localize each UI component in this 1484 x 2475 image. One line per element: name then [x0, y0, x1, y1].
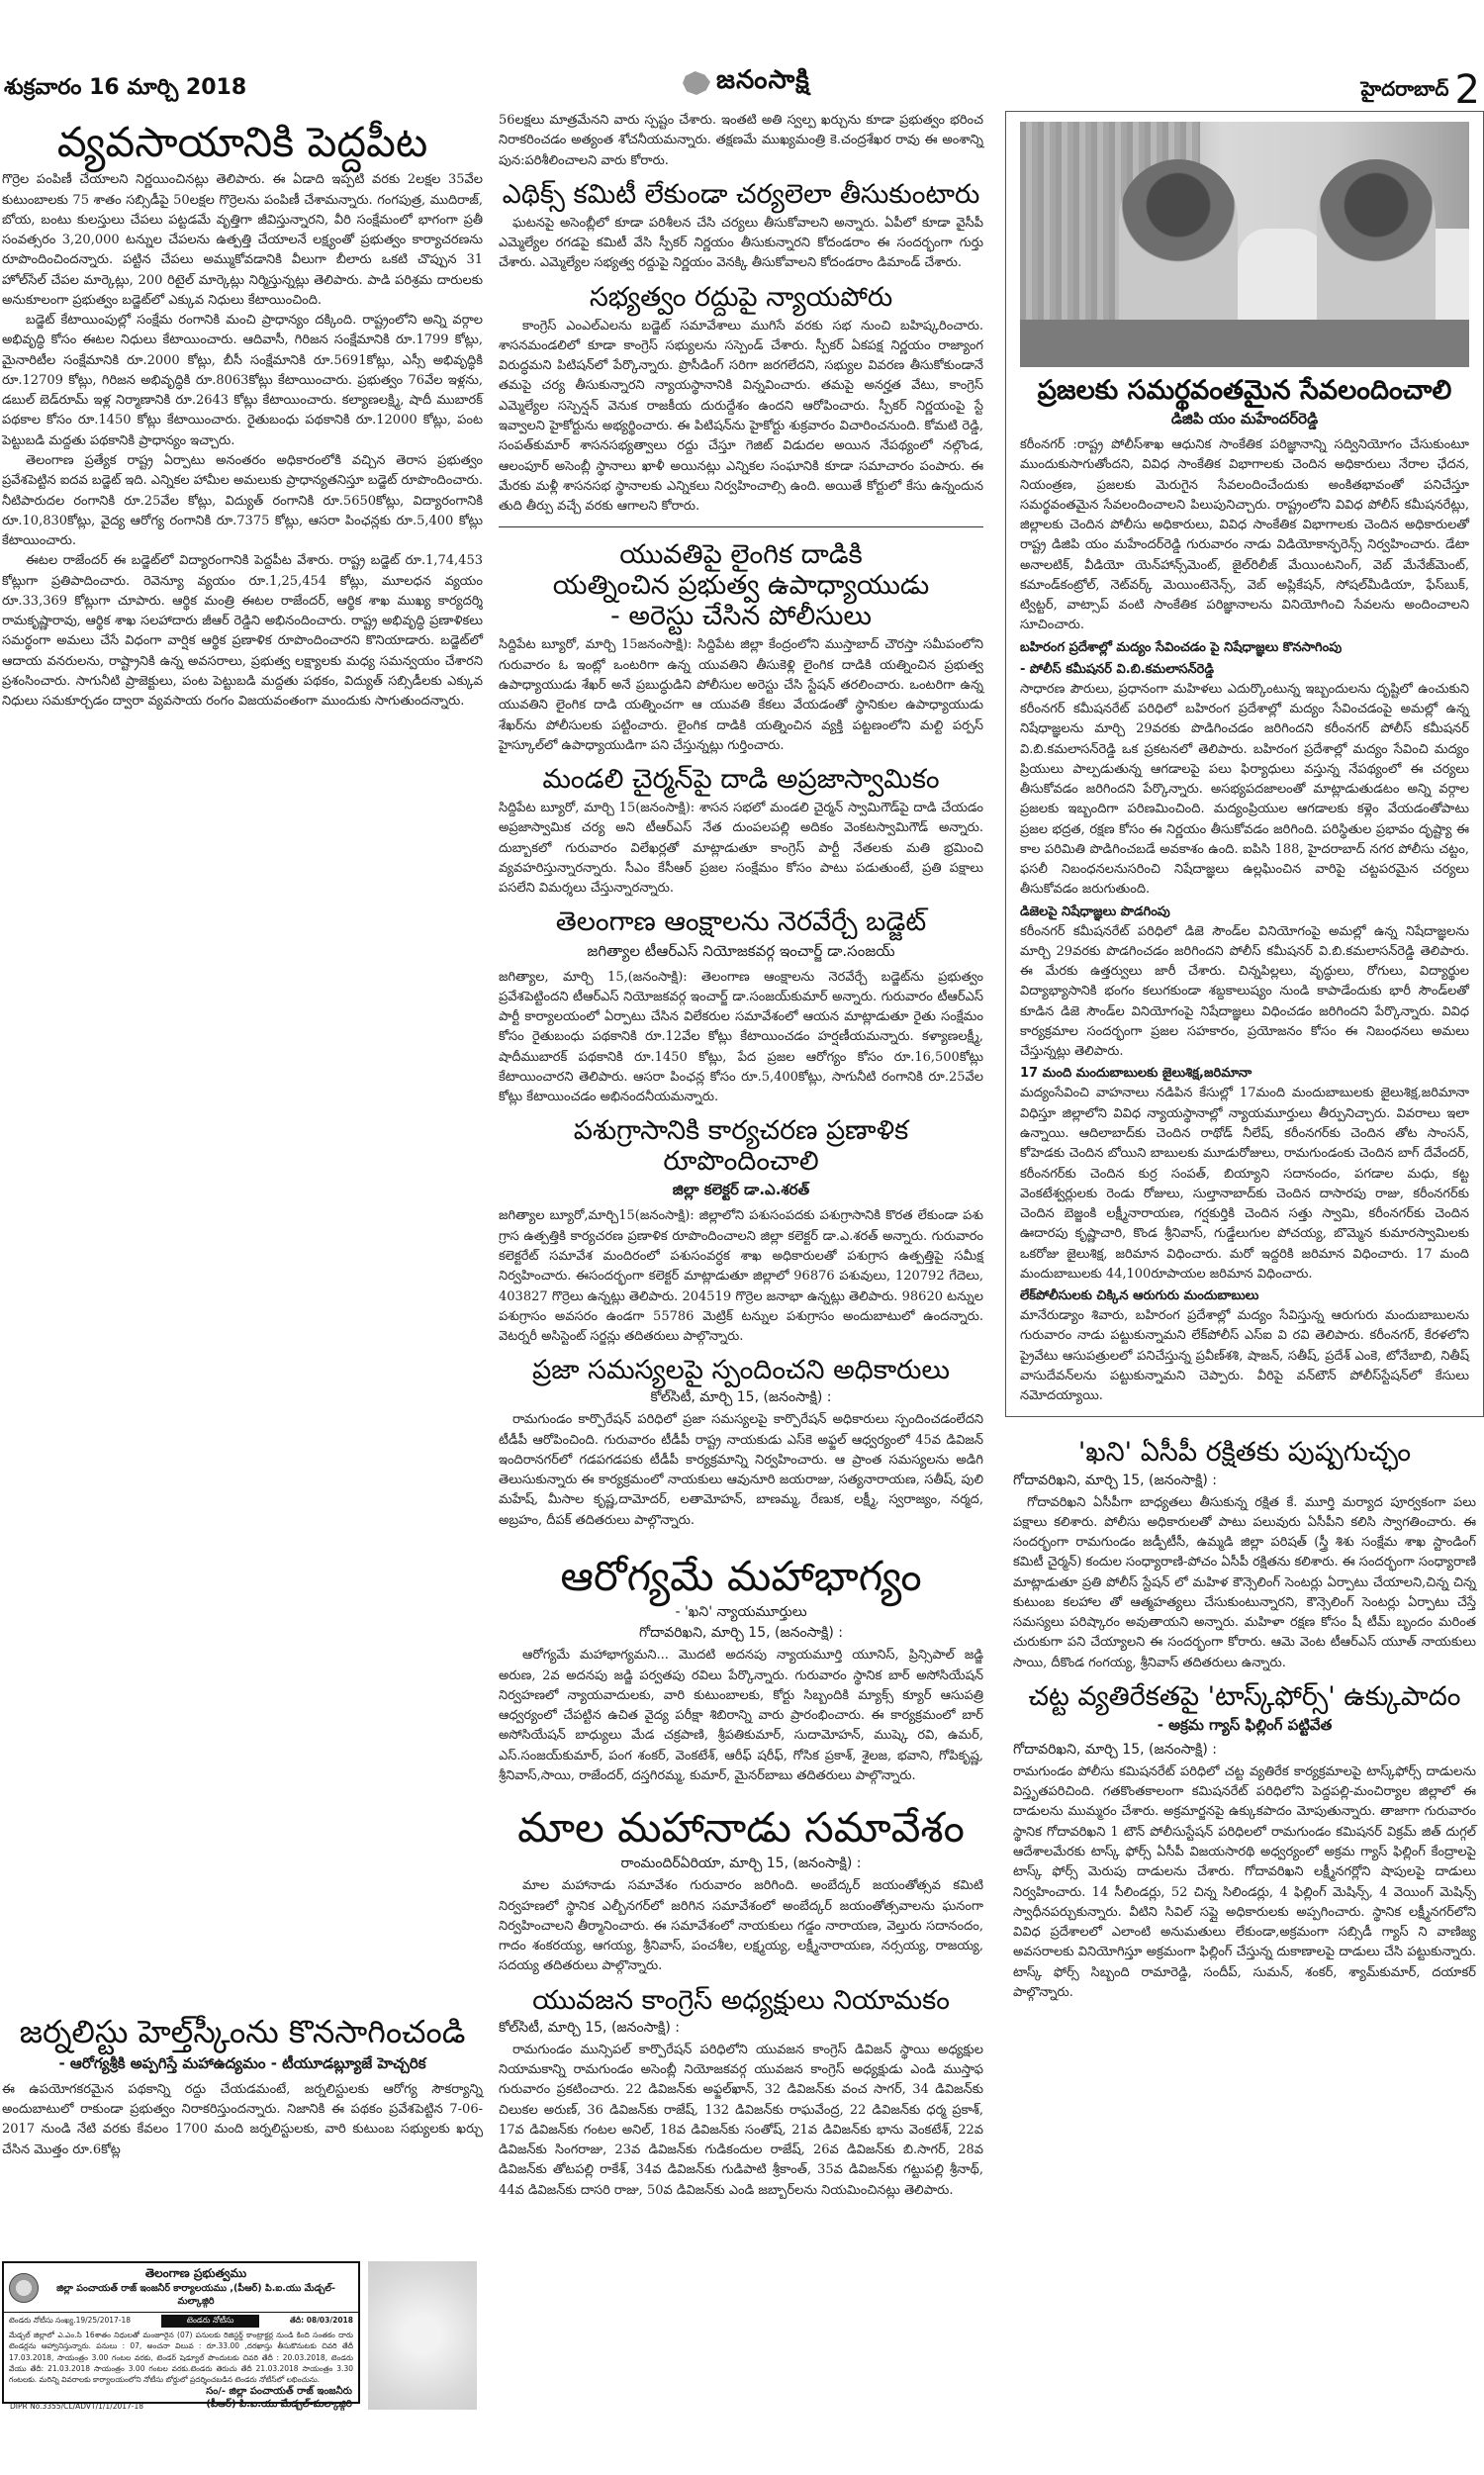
government-emblem-icon	[9, 2273, 39, 2303]
telangana-map-icon	[683, 71, 710, 95]
article-headline: ఎథిక్స్ కమిటీ లేకుండా చర్యలెలా తీసుకుంటా…	[499, 179, 983, 210]
middle-column: 56లక్షలు మాత్రమేనని వారు స్పష్టం చేశారు.…	[499, 111, 983, 2201]
article-headline-line: యత్నించిన ప్రభుత్వ ఉపాధ్యాయుడు	[499, 570, 983, 601]
article-headline: జర్నలిస్టు హెల్త్‌స్కీంను కొనసాగించండి	[2, 2014, 483, 2050]
ad-badge: టెండరు నోటీసు	[161, 2315, 260, 2328]
feature-body: కరీంనగర్ :రాష్ట్ర పోలీస్‌శాఖ ఆధునిక సాంక…	[1020, 435, 1469, 636]
article-health-is-wealth: ఆరోగ్యమే మహాభాగ్యం - 'ఖని' న్యాయమూర్తులు…	[499, 1553, 983, 1786]
section-label: డిజెలపై నిషేధాజ్ఞలు పొడగింపు	[1020, 904, 1469, 922]
article-body: సిద్దిపేట బ్యూరో, మార్చి 15(జనంసాక్షి): …	[499, 799, 983, 899]
article-headline: తెలంగాణ ఆంక్షాలను నెరవేర్చే బడ్జెట్	[499, 906, 983, 937]
article-headline: సభ్యత్వం రద్దుపై న్యాయపోరు	[499, 282, 983, 313]
article-council-chairman-attack: మండలి చైర్మన్‌పై దాడి అప్రజాస్వామికం సిద…	[499, 764, 983, 899]
article-body: జగిత్యాల, మార్చి 15,(జనంసాక్షి): తెలంగాణ…	[499, 968, 983, 1108]
article-task-force-raid: చట్ట వ్యతిరేకతపై 'టాస్క్‌ఫోర్స్' ఉక్కుపా…	[1005, 1681, 1484, 2003]
article-body: ఘటనపై అసెంబ్లీలో కూడా పరిశీలన చేసి చర్యల…	[499, 214, 983, 274]
article-subhead: - 'ఖని' న్యాయమూర్తులు	[499, 1604, 983, 1623]
article-headline: 'ఖని' ఏసీపీ రక్షితకు పుష్పగుచ్ఛం	[1013, 1437, 1476, 1468]
article-headline: వ్యవసాయానికి పెద్దపీట	[2, 119, 483, 166]
article-mala-mahanadu: మాల మహానాడు సమావేశం రాంమందిర్‌ఏరియా, మార…	[499, 1804, 983, 1977]
article-dateline: గోదావరిఖని, మార్చి 15, (జనంసాక్షి) :	[499, 1625, 983, 1644]
article-subhead: - ఆరోగ్యశ్రీకి అప్పగిస్తే మహాఉద్యమం - టీ…	[2, 2054, 483, 2076]
dgp-feature-box: ప్రజలకు సమర్థవంతమైన సేవలందించాలి డిజిపి …	[1005, 111, 1484, 1417]
ad-dipr-number: DIPR No.3355/CL/ADVT/1/1/2017-18	[10, 2402, 143, 2411]
article-paragraph: బడ్జెట్ కేటాయింపుల్లో సంక్షేమ రంగానికి మ…	[2, 311, 483, 451]
photo-desk	[1020, 320, 1469, 367]
article-body: సిద్దిపేట బ్యూరో, మార్చి 15జనంసాక్షి): స…	[499, 635, 983, 756]
article-subhead: జగిత్యాల టీఆర్‌ఎస్ నియోజకవర్గ ఇంచార్జ్ డ…	[499, 942, 983, 964]
left-column: వ్యవసాయానికి పెద్దపీట గొర్రెల పంపిణీ చేయ…	[2, 111, 483, 712]
section-body: కరీంనగర్ కమీషనరేట్ పరిధిలో డిజె సౌండ్‌ల …	[1020, 922, 1469, 1063]
article-paragraph: ఈటల రాజేందర్ ఈ బడ్జెట్‌లో విద్యారంగానికి…	[2, 551, 483, 712]
article-telangana-budget: తెలంగాణ ఆంక్షాలను నెరవేర్చే బడ్జెట్ జగిత…	[499, 906, 983, 1107]
edition-page-label: హైదరాబాద్2	[1360, 67, 1480, 113]
feature-subhead: డిజిపి యం మహేందర్‌రెడ్డి	[1020, 410, 1469, 431]
article-acp-welcome: 'ఖని' ఏసీపీ రక్షితకు పుష్పగుచ్ఛం గోదావరి…	[1005, 1437, 1484, 1672]
blank-ad-placeholder	[368, 2261, 477, 2410]
ad-signature-line: సం/- జిల్లా పంచాయత్ రాజ్ ఇంజనీరు	[206, 2385, 352, 2398]
article-dateline: రాంమందిర్‌ఏరియా, మార్చి 15, (జనంసాక్షి) …	[499, 1856, 983, 1874]
ad-signature-line: (పీఆర్) పి.ఐ.యు మేడ్చల్-మల్కాజ్గిరి	[206, 2398, 352, 2411]
article-body: రామగుండం పోలీసు కమిషనరేట్ పరిధిలో చట్ట వ…	[1013, 1762, 1476, 2003]
continued-text: 56లక్షలు మాత్రమేనని వారు స్పష్టం చేశారు.…	[499, 111, 983, 171]
ad-meta-row: టెండరు నోటీసు సంఖ్య.19/25/2017-18 టెండరు…	[4, 2313, 358, 2330]
article-subhead: - అక్రమ గ్యాస్ ఫిల్లింగ్ పట్టివేత	[1013, 1716, 1476, 1738]
article-membership-cancellation: సభ్యత్వం రద్దుపై న్యాయపోరు కాంగ్రెస్ ఎంఎ…	[499, 282, 983, 518]
article-headline-line: యువతిపై లైంగిక దాడికి	[499, 539, 983, 570]
article-fodder-plan: పశుగ్రాసానికి కార్యచరణ ప్రణాళిక రూపొందిం…	[499, 1115, 983, 1347]
article-headline: ఆరోగ్యమే మహాభాగ్యం	[499, 1553, 983, 1600]
article-body: రామగుండం మున్సిపల్ కార్పొరేషన్ పరిధిలోని…	[499, 2041, 983, 2201]
article-dateline: కోల్‌సిటీ, మార్చి 15, (జనంసాక్షి) :	[499, 2020, 983, 2039]
article-headline: పశుగ్రాసానికి కార్యచరణ ప్రణాళిక రూపొందిం…	[499, 1115, 983, 1177]
right-column: ప్రజలకు సమర్థవంతమైన సేవలందించాలి డిజిపి …	[1005, 111, 1484, 2003]
article-agriculture-budget: వ్యవసాయానికి పెద్దపీట గొర్రెల పంపిణీ చేయ…	[2, 119, 483, 712]
section-label: 17 మంది మందుబాబులకు జైలుశిక్ష,జరిమానా	[1020, 1066, 1469, 1084]
ad-body: మేడ్చల్ జిల్లాలో ఎ.ఎం.సి 16శాతం నిధులతో …	[4, 2330, 358, 2385]
tender-notice-ad: తెలంగాణ ప్రభుత్వము జిల్లా పంచాయత్ రాజ్ ఇ…	[2, 2261, 360, 2404]
article-ethics-committee: ఎథిక్స్ కమిటీ లేకుండా చర్యలెలా తీసుకుంటా…	[499, 179, 983, 274]
article-headline: మాల మహానాడు సమావేశం	[499, 1804, 983, 1852]
section-body: మద్యంసేవించి వాహనాలు నడిపిన కేసుల్లో 17మ…	[1020, 1084, 1469, 1285]
article-teacher-arrest: యువతిపై లైంగిక దాడికి యత్నించిన ప్రభుత్వ…	[499, 526, 983, 756]
article-body: కాంగ్రెస్ ఎంఎల్‌ఎలను బడ్జెట్ సమావేశాలు మ…	[499, 317, 983, 518]
article-unresponsive-officials: ప్రజా సమస్యలపై స్పందించని అధికారులు కోల్…	[499, 1355, 983, 1531]
section-label: బహిరంగ ప్రదేశాల్లో మద్యం సేవించడం పై నిష…	[1020, 640, 1469, 658]
ad-footer: DIPR No.3355/CL/ADVT/1/1/2017-18 సం/- జి…	[4, 2385, 358, 2411]
article-paragraph: గొర్రెల పంపిణీ చేయాలని నిర్ణయించినట్లు త…	[2, 170, 483, 311]
article-journalist-health-scheme: జర్నలిస్టు హెల్త్‌స్కీంను కొనసాగించండి -…	[2, 2006, 483, 2160]
article-body: రామగుండం కార్పొరేషన్ పరిధిలో ప్రజా సమస్య…	[499, 1410, 983, 1531]
issue-date: శుక్రవారం 16 మార్చి 2018	[4, 75, 246, 105]
article-body: గోదావరిఖని ఏసీపీగా బాధ్యతలు తీసుకున్న రక…	[1013, 1493, 1476, 1673]
article-headline-line: - అరెస్టు చేసిన పోలీసులు	[499, 601, 983, 631]
article-youth-congress: యువజన కాంగ్రెస్ అధ్యక్షులు నియామకం కోల్‌…	[499, 1985, 983, 2201]
ad-date: తేదీ: 08/03/2018	[290, 2316, 353, 2327]
ad-header: తెలంగాణ ప్రభుత్వము జిల్లా పంచాయత్ రాజ్ ఇ…	[4, 2263, 358, 2313]
ad-title: తెలంగాణ ప్రభుత్వము	[39, 2266, 353, 2283]
section-label: లేక్‌పోలీసులకు చిక్కిన ఆరుగురు మందుబాబుల…	[1020, 1288, 1469, 1306]
article-body: జగిత్యాల బ్యూరో,మార్చి15(జనంసాక్షి): జిల…	[499, 1206, 983, 1347]
article-body: ఆరోగ్యమే మహాభాగ్యమని... మొదటి అదనపు న్యా…	[499, 1646, 983, 1786]
masthead: శుక్రవారం 16 మార్చి 2018 జనంసాక్షి హైదరా…	[0, 61, 1484, 111]
article-headline: మండలి చైర్మన్‌పై దాడి అప్రజాస్వామికం	[499, 764, 983, 795]
article-body: మాల మహానాడు సమావేశం గురువారం జరిగింది. అ…	[499, 1876, 983, 1976]
ad-notice-number: టెండరు నోటీసు సంఖ్య.19/25/2017-18	[9, 2316, 131, 2327]
ad-office-name: జిల్లా పంచాయత్ రాజ్ ఇంజనీర్ కార్యాలయము ,…	[39, 2283, 353, 2309]
news-photo	[1020, 122, 1469, 367]
article-dateline: గోదావరిఖని, మార్చి 15, (జనంసాక్షి) :	[1013, 1742, 1476, 1761]
article-headline: ప్రజా సమస్యలపై స్పందించని అధికారులు	[499, 1355, 983, 1385]
section-sublabel: - పోలీస్ కమీషనర్ వి.బి.కమలాసన్‌రెడ్డి	[1020, 662, 1469, 680]
newspaper-logo: జనంసాక్షి	[683, 65, 810, 101]
section-body: సాధారణ పౌరులు, ప్రధానంగా మహిళలు ఎదుర్కొం…	[1020, 680, 1469, 901]
section-body: మానేరుడ్యాం శివారు, బహిరంగ ప్రదేశాల్లో మ…	[1020, 1306, 1469, 1406]
article-paragraph: తెలంగాణ ప్రత్యేక రాష్ట్ర ఏర్పాటు అనంతరం …	[2, 451, 483, 551]
edition-name: హైదరాబాద్	[1360, 77, 1448, 101]
article-subhead: జిల్లా కలెక్టర్ డా.ఎ.శరత్	[499, 1181, 983, 1202]
page-number: 2	[1455, 67, 1480, 113]
article-body: ఈ ఉపయోగకరమైన పథకాన్ని రద్దు చేయడమంటే, జర…	[2, 2080, 483, 2160]
ad-signature: సం/- జిల్లా పంచాయత్ రాజ్ ఇంజనీరు (పీఆర్)…	[206, 2385, 352, 2411]
feature-headline: ప్రజలకు సమర్థవంతమైన సేవలందించాలి	[1020, 375, 1469, 406]
article-dateline: కోల్‌సిటీ, మార్చి 15, (జనంసాక్షి) :	[499, 1389, 983, 1408]
article-dateline: గోదావరిఖని, మార్చి 15, (జనంసాక్షి) :	[1013, 1473, 1476, 1491]
article-headline: యువజన కాంగ్రెస్ అధ్యక్షులు నియామకం	[499, 1985, 983, 2016]
newspaper-name: జనంసాక్షి	[716, 65, 810, 101]
article-headline: చట్ట వ్యతిరేకతపై 'టాస్క్‌ఫోర్స్' ఉక్కుపా…	[1013, 1681, 1476, 1712]
